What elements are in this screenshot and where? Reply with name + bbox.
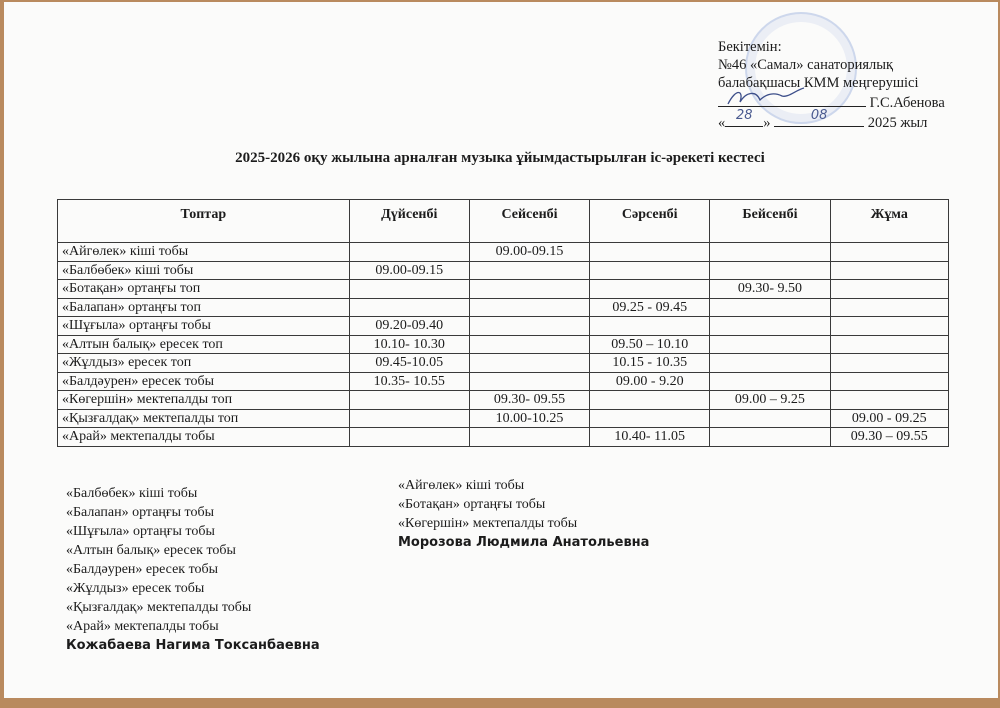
time-cell-wed: [590, 391, 710, 410]
header-tuesday: Сейсенбі: [469, 200, 589, 243]
time-cell-mon: [349, 280, 469, 299]
time-cell-wed: 09.00 - 9.20: [590, 372, 710, 391]
time-cell-fri: [830, 372, 949, 391]
table-row: «Балапан» ортаңғы топ09.25 - 09.45: [58, 298, 949, 317]
approval-label: Бекітемін:: [718, 38, 945, 56]
time-cell-mon: 10.35- 10.55: [349, 372, 469, 391]
group-name-cell: «Айгөлек» кіші тобы: [58, 243, 350, 262]
time-cell-wed: 09.50 – 10.10: [590, 335, 710, 354]
group-name-cell: «Арай» мектепалды тобы: [58, 428, 350, 447]
table-row: «Ботақан» ортаңғы топ09.30- 9.50: [58, 280, 949, 299]
table-row: «Шұғыла» ортаңғы тобы09.20-09.40: [58, 317, 949, 336]
time-cell-fri: [830, 391, 949, 410]
time-cell-thu: [710, 409, 830, 428]
approval-block: Бекітемін: №46 «Самал» санаториялық бала…: [718, 38, 945, 132]
schedule-table: Топтар Дүйсенбі Сейсенбі Сәрсенбі Бейсен…: [57, 199, 949, 447]
teacher-name: Кожабаева Нагима Токсанбаевна: [66, 636, 320, 655]
header-thursday: Бейсенбі: [710, 200, 830, 243]
time-cell-wed: [590, 280, 710, 299]
table-row: «Жұлдыз» ересек топ09.45-10.0510.15 - 10…: [58, 354, 949, 373]
table-row: «Айгөлек» кіші тобы09.00-09.15: [58, 243, 949, 262]
time-cell-thu: [710, 428, 830, 447]
approval-position: балабақшасы КММ меңгерушісі: [718, 74, 945, 92]
time-cell-thu: [710, 298, 830, 317]
time-cell-wed: [590, 317, 710, 336]
header-groups: Топтар: [58, 200, 350, 243]
group-name-cell: «Көгершін» мектепалды топ: [58, 391, 350, 410]
table-header-row: Топтар Дүйсенбі Сейсенбі Сәрсенбі Бейсен…: [58, 200, 949, 243]
table-row: «Алтын балық» ересек топ10.10- 10.3009.5…: [58, 335, 949, 354]
time-cell-tue: [469, 298, 589, 317]
group-name-cell: «Жұлдыз» ересек топ: [58, 354, 350, 373]
time-cell-tue: [469, 372, 589, 391]
table-row: «Арай» мектепалды тобы10.40- 11.0509.30 …: [58, 428, 949, 447]
time-cell-tue: [469, 354, 589, 373]
time-cell-wed: [590, 409, 710, 428]
time-cell-thu: [710, 261, 830, 280]
table-row: «Балбөбек» кіші тобы09.00-09.15: [58, 261, 949, 280]
time-cell-thu: [710, 243, 830, 262]
time-cell-fri: 09.30 – 09.55: [830, 428, 949, 447]
group-name-cell: «Балбөбек» кіші тобы: [58, 261, 350, 280]
time-cell-tue: 09.30- 09.55: [469, 391, 589, 410]
list-item: «Балдәурен» ересек тобы: [66, 560, 320, 579]
list-item: «Айгөлек» кіші тобы: [398, 476, 649, 495]
list-item: «Балбөбек» кіші тобы: [66, 484, 320, 503]
date-day: 28: [725, 112, 763, 127]
document-title: 2025-2026 оқу жылына арналған музыка ұйы…: [0, 150, 1000, 167]
list-item: «Жұлдыз» ересек тобы: [66, 579, 320, 598]
list-item: «Арай» мектепалды тобы: [66, 617, 320, 636]
time-cell-mon: 10.10- 10.30: [349, 335, 469, 354]
teacher-name: Морозова Людмила Анатольевна: [398, 533, 649, 552]
table-row: «Көгершін» мектепалды топ09.30- 09.5509.…: [58, 391, 949, 410]
group-name-cell: «Балдәурен» ересек тобы: [58, 372, 350, 391]
group-name-cell: «Алтын балық» ересек топ: [58, 335, 350, 354]
list-item: «Алтын балық» ересек тобы: [66, 541, 320, 560]
teacher-list-1: «Балбөбек» кіші тобы«Балапан» ортаңғы то…: [66, 484, 320, 655]
time-cell-fri: [830, 298, 949, 317]
list-item: «Көгершін» мектепалды тобы: [398, 514, 649, 533]
time-cell-tue: [469, 335, 589, 354]
list-item: «Шұғыла» ортаңғы тобы: [66, 522, 320, 541]
time-cell-tue: 10.00-10.25: [469, 409, 589, 428]
time-cell-tue: [469, 280, 589, 299]
time-cell-mon: [349, 428, 469, 447]
time-cell-thu: 09.30- 9.50: [710, 280, 830, 299]
header-friday: Жұма: [830, 200, 949, 243]
time-cell-tue: 09.00-09.15: [469, 243, 589, 262]
header-monday: Дүйсенбі: [349, 200, 469, 243]
teacher-list-2: «Айгөлек» кіші тобы«Ботақан» ортаңғы тоб…: [398, 476, 649, 552]
header-wednesday: Сәрсенбі: [590, 200, 710, 243]
group-name-cell: «Балапан» ортаңғы топ: [58, 298, 350, 317]
time-cell-fri: [830, 317, 949, 336]
approval-date-line: «28» 08 2025 жыл: [718, 112, 945, 132]
time-cell-mon: 09.45-10.05: [349, 354, 469, 373]
time-cell-thu: [710, 317, 830, 336]
time-cell-tue: [469, 261, 589, 280]
time-cell-mon: [349, 243, 469, 262]
time-cell-wed: 09.25 - 09.45: [590, 298, 710, 317]
group-name-cell: «Ботақан» ортаңғы топ: [58, 280, 350, 299]
time-cell-fri: [830, 280, 949, 299]
time-cell-mon: 09.20-09.40: [349, 317, 469, 336]
time-cell-wed: [590, 261, 710, 280]
table-row: «Қызғалдақ» мектепалды топ10.00-10.2509.…: [58, 409, 949, 428]
time-cell-mon: [349, 298, 469, 317]
time-cell-fri: [830, 335, 949, 354]
time-cell-wed: 10.15 - 10.35: [590, 354, 710, 373]
time-cell-fri: [830, 354, 949, 373]
time-cell-tue: [469, 428, 589, 447]
approval-institution: №46 «Самал» санаториялық: [718, 56, 945, 74]
list-item: «Ботақан» ортаңғы тобы: [398, 495, 649, 514]
time-cell-fri: [830, 243, 949, 262]
time-cell-wed: 10.40- 11.05: [590, 428, 710, 447]
table-row: «Балдәурен» ересек тобы10.35- 10.5509.00…: [58, 372, 949, 391]
time-cell-thu: [710, 354, 830, 373]
group-name-cell: «Қызғалдақ» мектепалды топ: [58, 409, 350, 428]
time-cell-thu: [710, 335, 830, 354]
time-cell-thu: [710, 372, 830, 391]
group-name-cell: «Шұғыла» ортаңғы тобы: [58, 317, 350, 336]
time-cell-mon: [349, 409, 469, 428]
date-month: 08: [774, 112, 864, 127]
director-name: Г.С.Абенова: [870, 95, 945, 111]
time-cell-wed: [590, 243, 710, 262]
signature-line: [718, 92, 866, 107]
time-cell-tue: [469, 317, 589, 336]
time-cell-fri: 09.00 - 09.25: [830, 409, 949, 428]
list-item: «Қызғалдақ» мектепалды тобы: [66, 598, 320, 617]
time-cell-mon: [349, 391, 469, 410]
time-cell-fri: [830, 261, 949, 280]
time-cell-mon: 09.00-09.15: [349, 261, 469, 280]
list-item: «Балапан» ортаңғы тобы: [66, 503, 320, 522]
time-cell-thu: 09.00 – 9.25: [710, 391, 830, 410]
date-year: 2025 жыл: [868, 115, 928, 131]
